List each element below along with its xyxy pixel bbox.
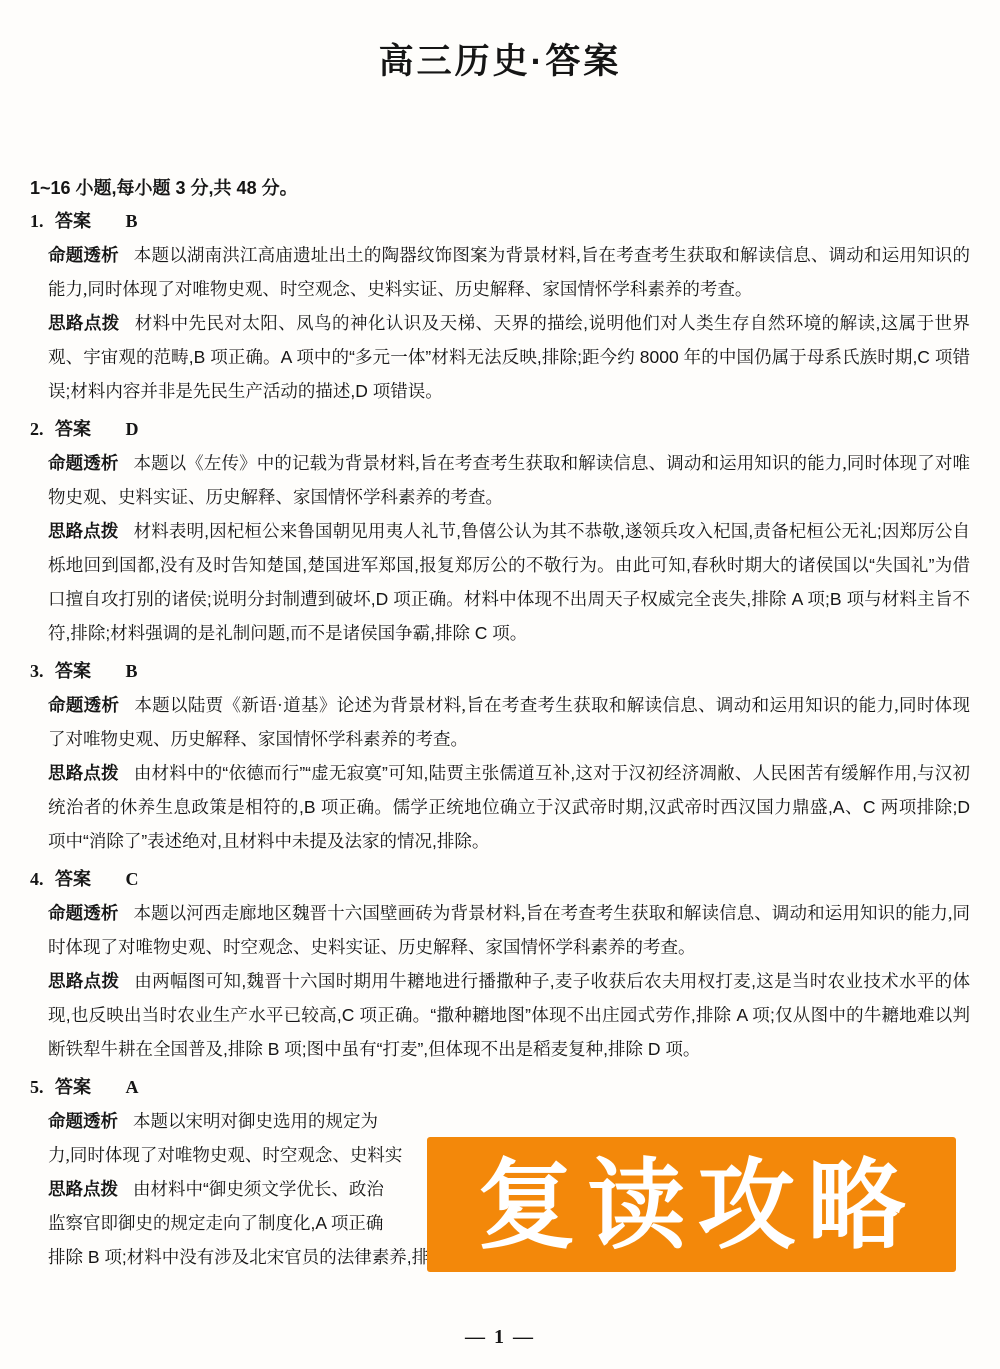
analysis-text: 本题以河西走廊地区魏晋十六国壁画砖为背景材料,旨在考查考生获取和解读信息、调动和… (48, 903, 970, 957)
analysis-label: 命题透析 (48, 245, 119, 265)
question-number: 2. (30, 419, 44, 439)
question-body: 命题透析本题以陆贾《新语·道基》论述为背景材料,旨在考查考生获取和解读信息、调动… (0, 688, 1000, 858)
answer-line: 2. 答案 D (30, 412, 1000, 446)
analysis-label: 命题透析 (48, 695, 119, 715)
answer-letter: A (126, 1077, 139, 1097)
answer-label: 答案 (55, 211, 91, 231)
guidance-paragraph: 思路点拨材料表明,因杞桓公来鲁国朝见用夷人礼节,鲁僖公认为其不恭敬,遂领兵攻入杞… (48, 514, 970, 650)
guidance-label: 思路点拨 (48, 763, 119, 783)
question-body: 命题透析本题以湖南洪江高庙遗址出土的陶器纹饰图案为背景材料,旨在考查考生获取和解… (0, 238, 1000, 408)
questions-list: 1. 答案 B 命题透析本题以湖南洪江高庙遗址出土的陶器纹饰图案为背景材料,旨在… (0, 204, 1000, 1274)
question-number: 3. (30, 661, 44, 681)
guidance-label: 思路点拨 (48, 971, 119, 991)
guidance-label: 思路点拨 (48, 313, 120, 333)
question-block: 4. 答案 C 命题透析本题以河西走廊地区魏晋十六国壁画砖为背景材料,旨在考查考… (0, 862, 1000, 1066)
question-number: 4. (30, 869, 44, 889)
analysis-label: 命题透析 (48, 903, 118, 923)
guidance-paragraph: 思路点拨由两幅图可知,魏晋十六国时期用牛耱地进行播撒种子,麦子收获后农夫用杈打麦… (48, 964, 970, 1066)
guidance-label: 思路点拨 (48, 1179, 118, 1199)
answer-label: 答案 (55, 419, 91, 439)
answer-label: 答案 (55, 1077, 91, 1097)
question-block: 3. 答案 B 命题透析本题以陆贾《新语·道基》论述为背景材料,旨在考查考生获取… (0, 654, 1000, 858)
analysis-paragraph: 命题透析本题以河西走廊地区魏晋十六国壁画砖为背景材料,旨在考查考生获取和解读信息… (48, 896, 970, 964)
answer-line: 1. 答案 B (30, 204, 1000, 238)
guidance-text: 由材料中“御史须文学优长、政治 (133, 1179, 384, 1199)
answer-letter: D (126, 419, 139, 439)
analysis-paragraph: 命题透析本题以陆贾《新语·道基》论述为背景材料,旨在考查考生获取和解读信息、调动… (48, 688, 970, 756)
repeat-strategy-banner: 复读攻略 (427, 1137, 956, 1272)
guidance-paragraph: 思路点拨材料中先民对太阳、凤鸟的神化认识及天梯、天界的描绘,说明他们对人类生存自… (48, 306, 970, 408)
analysis-text: 本题以湖南洪江高庙遗址出土的陶器纹饰图案为背景材料,旨在考查考生获取和解读信息、… (48, 245, 970, 299)
question-body: 命题透析本题以《左传》中的记载为背景材料,旨在考查考生获取和解读信息、调动和运用… (0, 446, 1000, 650)
analysis-paragraph: 命题透析本题以湖南洪江高庙遗址出土的陶器纹饰图案为背景材料,旨在考查考生获取和解… (48, 238, 970, 306)
score-note: 1~16 小题,每小题 3 分,共 48 分。 (30, 174, 1000, 200)
guidance-label: 思路点拨 (48, 521, 119, 541)
guidance-text: 由两幅图可知,魏晋十六国时期用牛耱地进行播撒种子,麦子收获后农夫用杈打麦,这是当… (48, 971, 970, 1059)
analysis-label: 命题透析 (48, 453, 118, 473)
guidance-text: 材料中先民对太阳、凤鸟的神化认识及天梯、天界的描绘,说明他们对人类生存自然环境的… (48, 313, 970, 401)
question-block: 2. 答案 D 命题透析本题以《左传》中的记载为背景材料,旨在考查考生获取和解读… (0, 412, 1000, 650)
answer-label: 答案 (55, 869, 91, 889)
answer-letter: B (126, 211, 138, 231)
guidance-paragraph: 思路点拨由材料中的“依德而行”“虚无寂寞”可知,陆贾主张儒道互补,这对于汉初经济… (48, 756, 970, 858)
analysis-paragraph: 命题透析本题以宋明对御史选用的规定为 (48, 1104, 970, 1138)
analysis-text: 本题以宋明对御史选用的规定为 (133, 1111, 378, 1131)
question-number: 1. (30, 211, 44, 231)
analysis-paragraph: 命题透析本题以《左传》中的记载为背景材料,旨在考查考生获取和解读信息、调动和运用… (48, 446, 970, 514)
banner-text: 复读攻略 (465, 1156, 917, 1254)
question-block: 1. 答案 B 命题透析本题以湖南洪江高庙遗址出土的陶器纹饰图案为背景材料,旨在… (0, 204, 1000, 408)
analysis-text: 本题以陆贾《新语·道基》论述为背景材料,旨在考查考生获取和解读信息、调动和运用知… (48, 695, 970, 749)
question-body: 命题透析本题以河西走廊地区魏晋十六国壁画砖为背景材料,旨在考查考生获取和解读信息… (0, 896, 1000, 1066)
answer-line: 5. 答案 A (30, 1070, 1000, 1104)
page-number: — 1 — (0, 1326, 1000, 1349)
analysis-label: 命题透析 (48, 1111, 118, 1131)
guidance-text: 由材料中的“依德而行”“虚无寂寞”可知,陆贾主张儒道互补,这对于汉初经济凋敝、人… (48, 763, 970, 851)
answer-label: 答案 (55, 661, 91, 681)
question-number: 5. (30, 1077, 44, 1097)
answer-letter: C (126, 869, 139, 889)
answer-line: 4. 答案 C (30, 862, 1000, 896)
analysis-text: 本题以《左传》中的记载为背景材料,旨在考查考生获取和解读信息、调动和运用知识的能… (48, 453, 970, 507)
answer-sheet-page: 高三历史·答案 1~16 小题,每小题 3 分,共 48 分。 1. 答案 B … (0, 0, 1000, 1369)
page-title: 高三历史·答案 (0, 0, 1000, 84)
answer-line: 3. 答案 B (30, 654, 1000, 688)
guidance-text: 材料表明,因杞桓公来鲁国朝见用夷人礼节,鲁僖公认为其不恭敬,遂领兵攻入杞国,责备… (48, 521, 970, 643)
answer-letter: B (126, 661, 138, 681)
